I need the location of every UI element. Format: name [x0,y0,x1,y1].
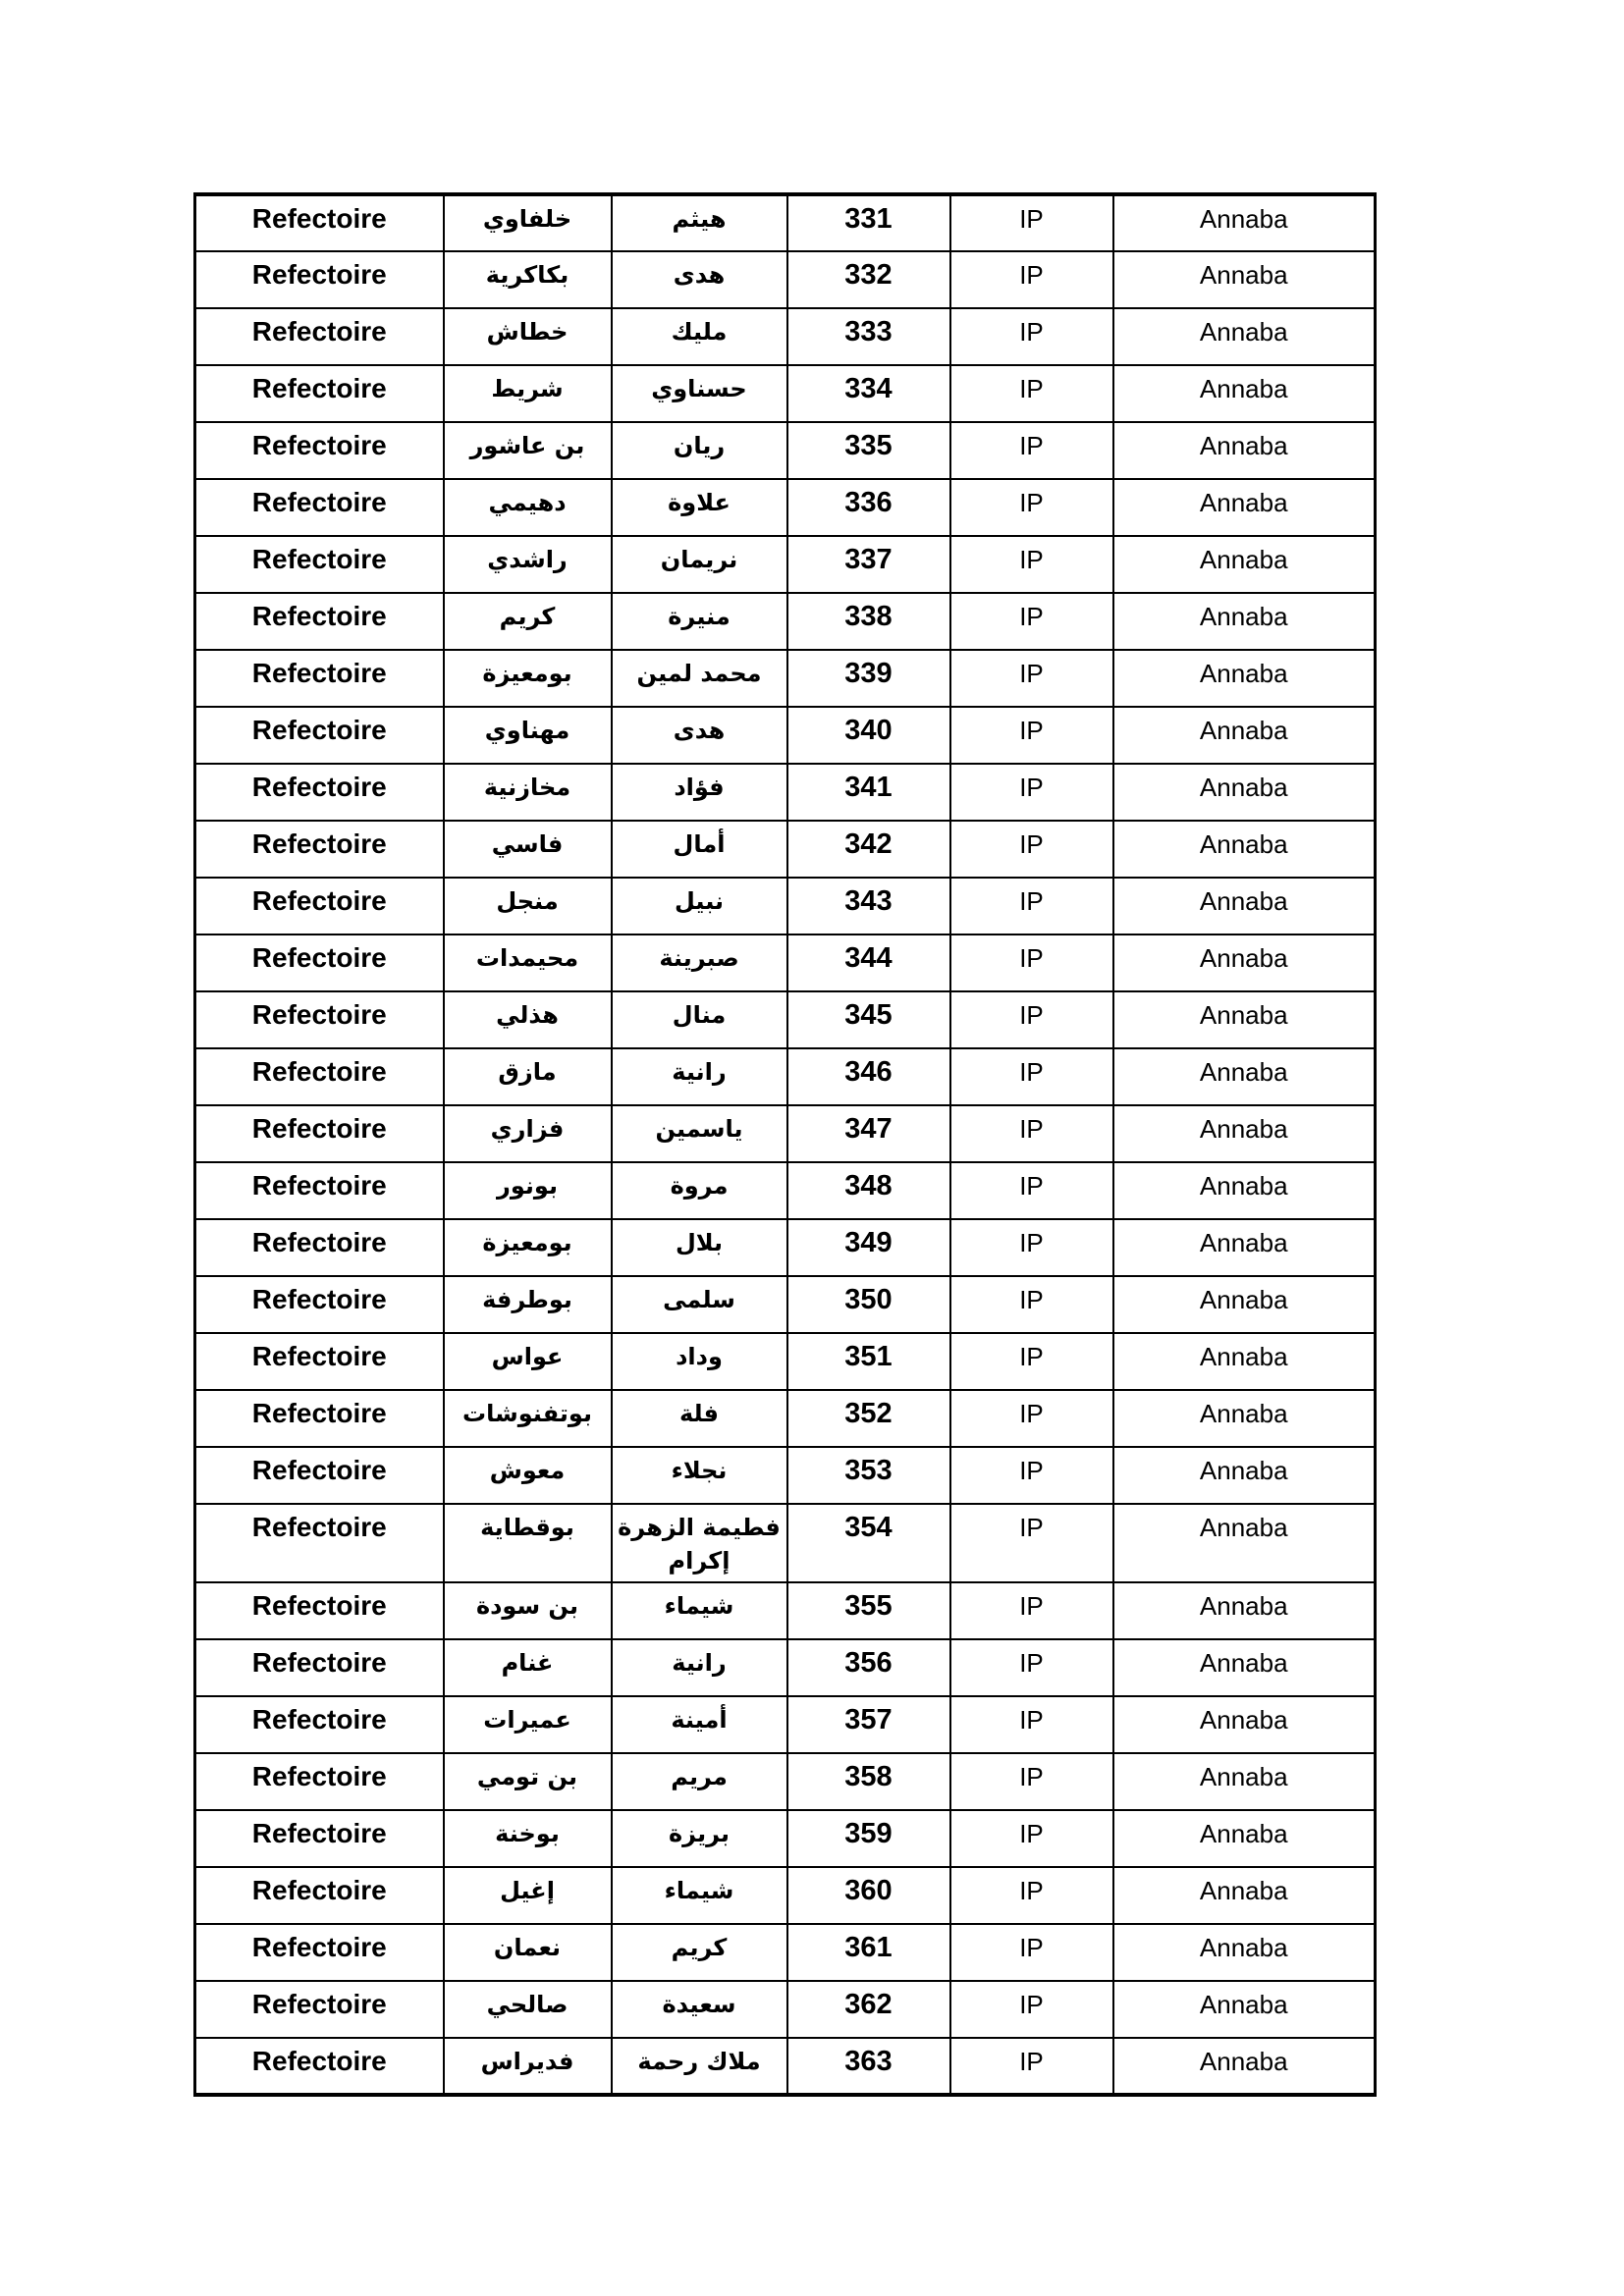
table-row: Refectoire فاسي أمال 342 IP Annaba [195,821,1376,878]
table-row: Refectoire كريم منيرة 338 IP Annaba [195,593,1376,650]
number-cell: 334 [787,365,950,422]
formation-cell: IP [950,707,1113,764]
facility-cell: Refectoire [195,1276,444,1333]
number-cell: 331 [787,194,950,251]
city-cell: Annaba [1113,1105,1376,1162]
given-name-cell: مريم [612,1753,787,1810]
given-name-cell: صبرينة [612,934,787,991]
table-row: Refectoire شريط حسناوي 334 IP Annaba [195,365,1376,422]
city-cell: Annaba [1113,1753,1376,1810]
formation-cell: IP [950,991,1113,1048]
number-cell: 354 [787,1504,950,1582]
given-name-cell: ملاك رحمة [612,2038,787,2095]
formation-cell: IP [950,878,1113,934]
surname-cell: بوخنة [444,1810,612,1867]
table-row: Refectoire بوطرفة سلمى 350 IP Annaba [195,1276,1376,1333]
surname-cell: راشدي [444,536,612,593]
city-cell: Annaba [1113,1810,1376,1867]
facility-cell: Refectoire [195,1924,444,1981]
number-cell: 353 [787,1447,950,1504]
number-cell: 337 [787,536,950,593]
city-cell: Annaba [1113,764,1376,821]
facility-cell: Refectoire [195,251,444,308]
given-name-cell: سعيدة [612,1981,787,2038]
given-name-cell: هدى [612,707,787,764]
number-cell: 347 [787,1105,950,1162]
city-cell: Annaba [1113,479,1376,536]
table-row: Refectoire خطاش مليك 333 IP Annaba [195,308,1376,365]
given-name-cell: فلة [612,1390,787,1447]
formation-cell: IP [950,1048,1113,1105]
surname-cell: نعمان [444,1924,612,1981]
city-cell: Annaba [1113,878,1376,934]
formation-cell: IP [950,1981,1113,2038]
number-cell: 343 [787,878,950,934]
number-cell: 350 [787,1276,950,1333]
formation-cell: IP [950,1582,1113,1639]
city-cell: Annaba [1113,1048,1376,1105]
formation-cell: IP [950,1696,1113,1753]
surname-cell: فاسي [444,821,612,878]
given-name-cell: فطيمة الزهرة إكرام [612,1504,787,1582]
surname-cell: بن عاشور [444,422,612,479]
city-cell: Annaba [1113,934,1376,991]
surname-cell: كريم [444,593,612,650]
number-cell: 335 [787,422,950,479]
formation-cell: IP [950,194,1113,251]
number-cell: 363 [787,2038,950,2095]
city-cell: Annaba [1113,1582,1376,1639]
surname-cell: بوطرفة [444,1276,612,1333]
facility-cell: Refectoire [195,1504,444,1582]
facility-cell: Refectoire [195,1390,444,1447]
surname-cell: بونور [444,1162,612,1219]
facility-cell: Refectoire [195,650,444,707]
table-row: Refectoire خلفاوي هيثم 331 IP Annaba [195,194,1376,251]
table-row: Refectoire بن عاشور ريان 335 IP Annaba [195,422,1376,479]
given-name-cell: هدى [612,251,787,308]
table-row: Refectoire بومعيزة محمد لمين 339 IP Anna… [195,650,1376,707]
table-row: Refectoire منجل نبيل 343 IP Annaba [195,878,1376,934]
formation-cell: IP [950,1867,1113,1924]
number-cell: 355 [787,1582,950,1639]
number-cell: 357 [787,1696,950,1753]
formation-cell: IP [950,934,1113,991]
given-name-cell: نبيل [612,878,787,934]
facility-cell: Refectoire [195,878,444,934]
given-name-cell: بريزة [612,1810,787,1867]
facility-cell: Refectoire [195,1105,444,1162]
number-cell: 344 [787,934,950,991]
facility-cell: Refectoire [195,1162,444,1219]
table-row: Refectoire غنام رانية 356 IP Annaba [195,1639,1376,1696]
given-name-cell: وداد [612,1333,787,1390]
formation-cell: IP [950,821,1113,878]
given-name-cell: علاوة [612,479,787,536]
surname-cell: بومعيزة [444,650,612,707]
table-row: Refectoire بن تومي مريم 358 IP Annaba [195,1753,1376,1810]
city-cell: Annaba [1113,1390,1376,1447]
facility-cell: Refectoire [195,1582,444,1639]
formation-cell: IP [950,593,1113,650]
table-row: Refectoire دهيمي علاوة 336 IP Annaba [195,479,1376,536]
given-name-cell: منيرة [612,593,787,650]
facility-cell: Refectoire [195,194,444,251]
number-cell: 348 [787,1162,950,1219]
given-name-cell: بلال [612,1219,787,1276]
table-row: Refectoire مازق رانية 346 IP Annaba [195,1048,1376,1105]
surname-cell: مازق [444,1048,612,1105]
formation-cell: IP [950,1333,1113,1390]
table-row: Refectoire عميرات أمينة 357 IP Annaba [195,1696,1376,1753]
formation-cell: IP [950,422,1113,479]
formation-cell: IP [950,1162,1113,1219]
formation-cell: IP [950,1390,1113,1447]
facility-cell: Refectoire [195,422,444,479]
facility-cell: Refectoire [195,1696,444,1753]
facility-cell: Refectoire [195,991,444,1048]
formation-cell: IP [950,1276,1113,1333]
city-cell: Annaba [1113,1639,1376,1696]
table-row: Refectoire بكاكرية هدى 332 IP Annaba [195,251,1376,308]
given-name-cell: شيماء [612,1582,787,1639]
surname-cell: بوقطاية [444,1504,612,1582]
facility-cell: Refectoire [195,536,444,593]
surname-cell: غنام [444,1639,612,1696]
formation-cell: IP [950,1447,1113,1504]
table-row: Refectoire صالحي سعيدة 362 IP Annaba [195,1981,1376,2038]
table-row: Refectoire بوقطاية فطيمة الزهرة إكرام 35… [195,1504,1376,1582]
given-name-cell: هيثم [612,194,787,251]
city-cell: Annaba [1113,308,1376,365]
given-name-cell: ياسمين [612,1105,787,1162]
formation-cell: IP [950,650,1113,707]
number-cell: 362 [787,1981,950,2038]
formation-cell: IP [950,308,1113,365]
document-page: Refectoire خلفاوي هيثم 331 IP Annaba Ref… [0,0,1624,2296]
city-cell: Annaba [1113,1981,1376,2038]
city-cell: Annaba [1113,1867,1376,1924]
table-row: Refectoire راشدي نريمان 337 IP Annaba [195,536,1376,593]
given-name-cell: محمد لمين [612,650,787,707]
table-row: Refectoire إغيل شيماء 360 IP Annaba [195,1867,1376,1924]
table-row: Refectoire مهناوي هدى 340 IP Annaba [195,707,1376,764]
surname-cell: معوش [444,1447,612,1504]
city-cell: Annaba [1113,194,1376,251]
facility-cell: Refectoire [195,1810,444,1867]
number-cell: 360 [787,1867,950,1924]
surname-cell: منجل [444,878,612,934]
city-cell: Annaba [1113,1924,1376,1981]
surname-cell: بن تومي [444,1753,612,1810]
table-row: Refectoire بونور مروة 348 IP Annaba [195,1162,1376,1219]
city-cell: Annaba [1113,821,1376,878]
facility-cell: Refectoire [195,1753,444,1810]
facility-cell: Refectoire [195,1333,444,1390]
number-cell: 340 [787,707,950,764]
surname-cell: بن سودة [444,1582,612,1639]
facility-cell: Refectoire [195,1048,444,1105]
formation-cell: IP [950,2038,1113,2095]
facility-cell: Refectoire [195,1639,444,1696]
table-row: Refectoire محيمدات صبرينة 344 IP Annaba [195,934,1376,991]
number-cell: 342 [787,821,950,878]
table-row: Refectoire فديراس ملاك رحمة 363 IP Annab… [195,2038,1376,2095]
given-name-cell: كريم [612,1924,787,1981]
formation-cell: IP [950,1753,1113,1810]
surname-cell: عميرات [444,1696,612,1753]
given-name-cell: رانية [612,1048,787,1105]
given-name-cell: فؤاد [612,764,787,821]
table-row: Refectoire بن سودة شيماء 355 IP Annaba [195,1582,1376,1639]
facility-cell: Refectoire [195,707,444,764]
city-cell: Annaba [1113,536,1376,593]
given-name-cell: نريمان [612,536,787,593]
table-row: Refectoire بوخنة بريزة 359 IP Annaba [195,1810,1376,1867]
city-cell: Annaba [1113,1162,1376,1219]
surname-cell: مهناوي [444,707,612,764]
facility-cell: Refectoire [195,308,444,365]
given-name-cell: منال [612,991,787,1048]
number-cell: 351 [787,1333,950,1390]
surname-cell: دهيمي [444,479,612,536]
formation-cell: IP [950,1219,1113,1276]
surname-cell: فزاري [444,1105,612,1162]
number-cell: 332 [787,251,950,308]
number-cell: 352 [787,1390,950,1447]
table-row: Refectoire فزاري ياسمين 347 IP Annaba [195,1105,1376,1162]
facility-cell: Refectoire [195,479,444,536]
surname-cell: فديراس [444,2038,612,2095]
facility-cell: Refectoire [195,764,444,821]
surname-cell: خلفاوي [444,194,612,251]
table-row: Refectoire بومعيزة بلال 349 IP Annaba [195,1219,1376,1276]
facility-cell: Refectoire [195,821,444,878]
formation-cell: IP [950,1810,1113,1867]
given-name-cell: شيماء [612,1867,787,1924]
number-cell: 338 [787,593,950,650]
given-name-cell: ريان [612,422,787,479]
city-cell: Annaba [1113,1447,1376,1504]
city-cell: Annaba [1113,422,1376,479]
given-name-cell: أمال [612,821,787,878]
city-cell: Annaba [1113,593,1376,650]
given-name-cell: حسناوي [612,365,787,422]
formation-cell: IP [950,1504,1113,1582]
formation-cell: IP [950,251,1113,308]
facility-cell: Refectoire [195,1867,444,1924]
city-cell: Annaba [1113,2038,1376,2095]
city-cell: Annaba [1113,1276,1376,1333]
facility-cell: Refectoire [195,365,444,422]
formation-cell: IP [950,479,1113,536]
number-cell: 358 [787,1753,950,1810]
city-cell: Annaba [1113,251,1376,308]
given-name-cell: مروة [612,1162,787,1219]
surname-cell: خطاش [444,308,612,365]
surname-cell: عواس [444,1333,612,1390]
number-cell: 361 [787,1924,950,1981]
facility-cell: Refectoire [195,593,444,650]
formation-cell: IP [950,1639,1113,1696]
city-cell: Annaba [1113,1219,1376,1276]
city-cell: Annaba [1113,991,1376,1048]
number-cell: 345 [787,991,950,1048]
city-cell: Annaba [1113,365,1376,422]
formation-cell: IP [950,764,1113,821]
given-name-cell: نجلاء [612,1447,787,1504]
city-cell: Annaba [1113,1333,1376,1390]
city-cell: Annaba [1113,1504,1376,1582]
formation-cell: IP [950,1105,1113,1162]
table-row: Refectoire هذلي منال 345 IP Annaba [195,991,1376,1048]
facility-cell: Refectoire [195,934,444,991]
number-cell: 341 [787,764,950,821]
given-name-cell: سلمى [612,1276,787,1333]
given-name-cell: مليك [612,308,787,365]
surname-cell: بوتفنوشات [444,1390,612,1447]
number-cell: 356 [787,1639,950,1696]
roster-table: Refectoire خلفاوي هيثم 331 IP Annaba Ref… [193,192,1377,2097]
facility-cell: Refectoire [195,2038,444,2095]
number-cell: 349 [787,1219,950,1276]
formation-cell: IP [950,536,1113,593]
surname-cell: بومعيزة [444,1219,612,1276]
table-row: Refectoire مخازنية فؤاد 341 IP Annaba [195,764,1376,821]
table-row: Refectoire عواس وداد 351 IP Annaba [195,1333,1376,1390]
surname-cell: هذلي [444,991,612,1048]
city-cell: Annaba [1113,707,1376,764]
formation-cell: IP [950,1924,1113,1981]
city-cell: Annaba [1113,650,1376,707]
facility-cell: Refectoire [195,1447,444,1504]
number-cell: 339 [787,650,950,707]
surname-cell: إغيل [444,1867,612,1924]
city-cell: Annaba [1113,1696,1376,1753]
surname-cell: محيمدات [444,934,612,991]
table-row: Refectoire معوش نجلاء 353 IP Annaba [195,1447,1376,1504]
given-name-cell: رانية [612,1639,787,1696]
surname-cell: مخازنية [444,764,612,821]
facility-cell: Refectoire [195,1219,444,1276]
surname-cell: شريط [444,365,612,422]
surname-cell: بكاكرية [444,251,612,308]
number-cell: 333 [787,308,950,365]
number-cell: 336 [787,479,950,536]
facility-cell: Refectoire [195,1981,444,2038]
formation-cell: IP [950,365,1113,422]
given-name-cell: أمينة [612,1696,787,1753]
table-row: Refectoire بوتفنوشات فلة 352 IP Annaba [195,1390,1376,1447]
number-cell: 359 [787,1810,950,1867]
number-cell: 346 [787,1048,950,1105]
surname-cell: صالحي [444,1981,612,2038]
table-row: Refectoire نعمان كريم 361 IP Annaba [195,1924,1376,1981]
